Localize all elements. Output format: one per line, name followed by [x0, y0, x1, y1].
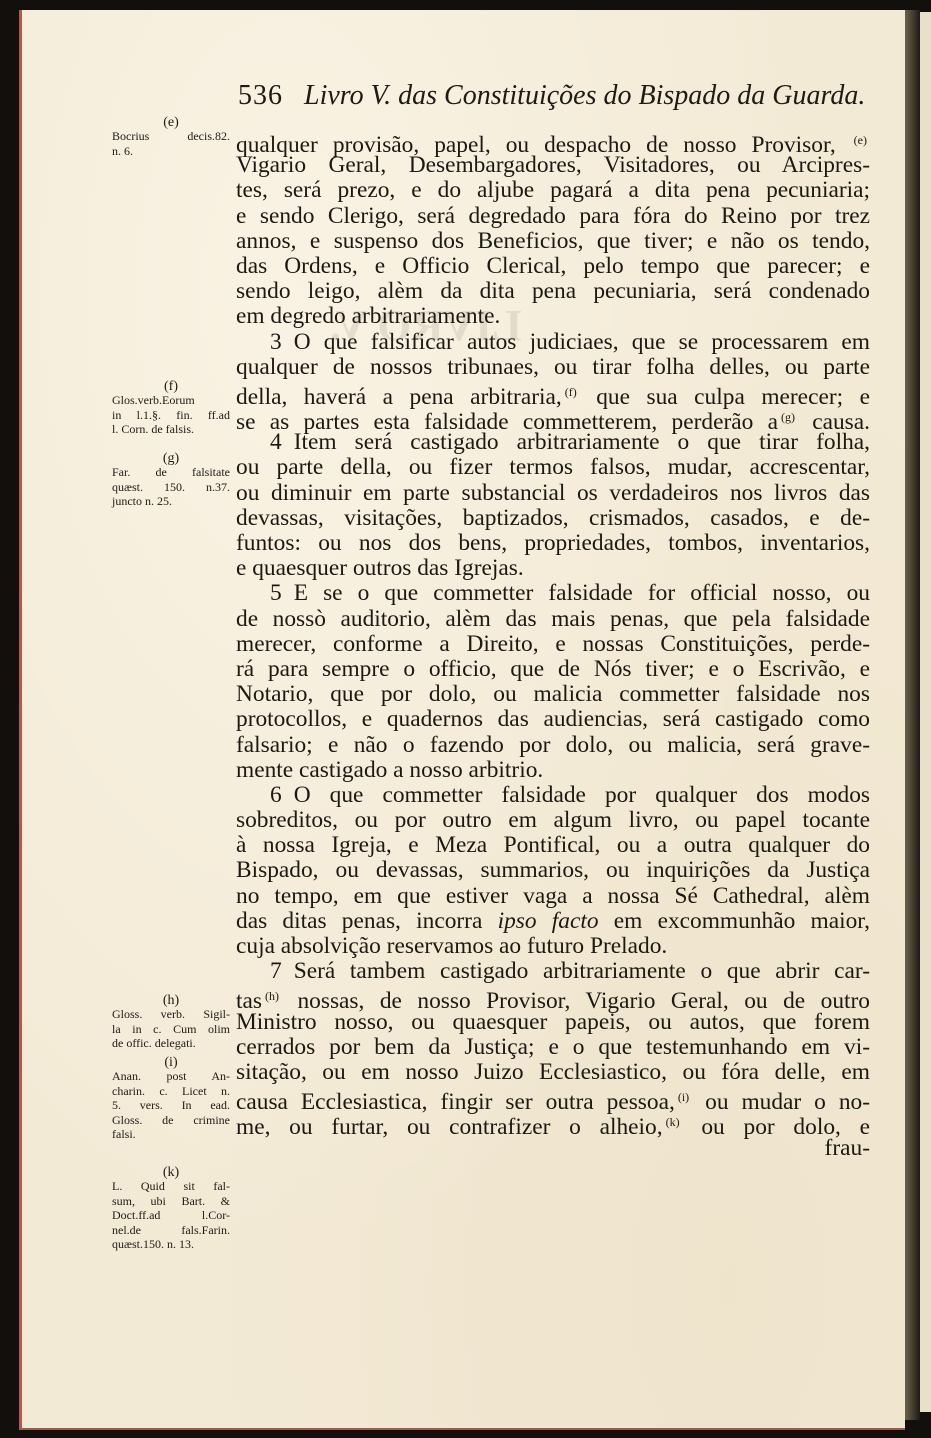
margin-note-mark: (f)	[112, 380, 230, 393]
text-line: Bispado, ou devassas, summarios, ou inqu…	[236, 858, 870, 883]
line-text: qualquer de nossos tribunaes, ou tirar f…	[236, 354, 870, 380]
text-line: sendo leigo, alèm da dita pena pecuniari…	[236, 279, 870, 304]
margin-note-line: falsi.	[112, 1127, 230, 1142]
latin-phrase: ipso facto	[498, 908, 599, 934]
text-line: 3O que falsificar autos judiciaes, que s…	[236, 330, 870, 355]
line-text: cerrados por bem da Justiça; e o que tes…	[236, 1034, 870, 1060]
line-text: protocollos, e quadernos das audiencias,…	[236, 706, 870, 732]
paragraph-number: 7	[270, 958, 282, 984]
text-line: e quaesquer outros das Igrejas.	[236, 556, 870, 581]
text-line: protocollos, e quadernos das audiencias,…	[236, 707, 870, 732]
text-line: 4Item será castigado arbitrariamente o q…	[236, 430, 870, 455]
margin-note-mark: (e)	[112, 116, 230, 129]
margin-note-line: charin. c. Licet n.	[112, 1084, 230, 1099]
margin-note-mark: (h)	[112, 994, 230, 1007]
text-line: das ditas penas, incorra ipso facto em e…	[236, 909, 870, 934]
text-line: causa Ecclesiastica, fingir ser outra pe…	[236, 1085, 870, 1110]
facing-page-edge	[920, 12, 931, 1412]
text-line: em degredo arbitrariamente.	[236, 304, 870, 329]
text-line: rá para sempre o officio, que de Nós tiv…	[236, 657, 870, 682]
line-text: à nossa Igreja, e Meza Pontifical, ou a …	[236, 832, 870, 858]
text-line: sitação, ou em nosso Juizo Ecclesiastico…	[236, 1060, 870, 1085]
margin-note-line: quæst.150. n. 13.	[112, 1237, 230, 1252]
body-text: qualquer provisão, papel, ou despacho de…	[236, 128, 870, 1161]
line-text: Bispado, ou devassas, summarios, ou inqu…	[236, 857, 870, 883]
text-line: Vigario Geral, Desembargadores, Visitado…	[236, 153, 870, 178]
margin-note-line: de offic. delegati.	[112, 1036, 230, 1051]
line-text: me, ou furtar, ou contrafizer o alheio,	[236, 1114, 663, 1140]
text-line: falsario; e não o fazendo por dolo, ou m…	[236, 733, 870, 758]
line-text: das ditas penas, incorra	[236, 908, 498, 934]
line-text: tes, será prezo, e do aljube pagará a di…	[236, 177, 870, 203]
text-line: à nossa Igreja, e Meza Pontifical, ou a …	[236, 833, 870, 858]
text-line: funtos: ou nos dos bens, propriedades, t…	[236, 531, 870, 556]
text-line: se as partes esta falsidade commetterem,…	[236, 405, 870, 430]
footnote-reference: (f)	[565, 385, 577, 399]
margin-note-line: in l.1.§. fin. ff.ad	[112, 408, 230, 423]
margin-note-line: L. Quid sit fal-	[112, 1179, 230, 1194]
text-line: 6O que commetter falsidade por qualquer …	[236, 783, 870, 808]
page-title: Livro V. das Constituições do Bispado da…	[304, 80, 865, 111]
text-line: 5E se o que commetter falsidade for offi…	[236, 581, 870, 606]
text-line: tas(h) nossas, de nosso Provisor, Vigari…	[236, 984, 870, 1009]
line-text: mente castigado a nosso arbitrio.	[236, 757, 543, 783]
line-text-continued: em excommunhão maior,	[599, 908, 870, 934]
text-line: no tempo, em que estiver vaga a nossa Sé…	[236, 884, 870, 909]
line-text: annos, e suspenso dos Beneficios, que ti…	[236, 228, 870, 254]
margin-note-mark: (i)	[112, 1056, 230, 1069]
paragraph-number: 4	[270, 429, 282, 455]
text-line: della, haverá a pena arbitraria,(f) que …	[236, 380, 870, 405]
margin-note-line: Gloss. verb. Sigil-	[112, 1007, 230, 1022]
line-text: e sendo Clerigo, será degredado para fór…	[236, 203, 870, 229]
footnote-reference: (k)	[666, 1115, 680, 1129]
margin-note-line: Anan. post An-	[112, 1069, 230, 1084]
footnote-reference: (e)	[854, 133, 867, 147]
margin-note: (e)Bocrius decis.82.n. 6.	[112, 116, 230, 158]
margin-note-line: Doct.ff.ad l.Cor-	[112, 1208, 230, 1223]
text-line: annos, e suspenso dos Beneficios, que ti…	[236, 229, 870, 254]
text-line: das Ordens, e Officio Clerical, pelo tem…	[236, 254, 870, 279]
paragraph-number: 6	[270, 782, 282, 808]
line-text: O que falsificar autos judiciaes, que se…	[294, 329, 870, 355]
line-text: sobreditos, ou por outro em algum livro,…	[236, 807, 870, 833]
line-text: funtos: ou nos dos bens, propriedades, t…	[236, 530, 870, 556]
line-text: Item será castigado arbitrariamente o qu…	[294, 429, 870, 455]
paragraph-number: 5	[270, 580, 282, 606]
line-text: e quaesquer outros das Igrejas.	[236, 555, 524, 581]
margin-note: (h)Gloss. verb. Sigil-la in c. Cum olimd…	[112, 994, 230, 1051]
margin-note-line: la in c. Cum olim	[112, 1022, 230, 1037]
footnote-reference: (i)	[678, 1090, 689, 1104]
margin-note-line: Bocrius decis.82.	[112, 129, 230, 144]
line-text: cuja absolvição reservamos ao futuro Pre…	[236, 933, 667, 959]
text-line: Notario, que por dolo, ou malicia commet…	[236, 682, 870, 707]
margin-note-mark: (k)	[112, 1166, 230, 1179]
text-line: cuja absolvição reservamos ao futuro Pre…	[236, 934, 870, 959]
line-text: merecer, conforme a Direito, e nossas Co…	[236, 631, 870, 657]
text-line: ou parte della, ou fizer termos falsos, …	[236, 455, 870, 480]
line-text: Será tambem castigado arbitrariamente o …	[294, 958, 870, 984]
line-text: sendo leigo, alèm da dita pena pecuniari…	[236, 278, 870, 304]
text-line: sobreditos, ou por outro em algum livro,…	[236, 808, 870, 833]
text-line: de nossò auditorio, alèm das mais penas,…	[236, 607, 870, 632]
line-text: ou parte della, ou fizer termos falsos, …	[236, 454, 870, 480]
page-number: 536	[238, 80, 283, 111]
margin-note-line: nel.de fals.Farin.	[112, 1223, 230, 1238]
line-text: Vigario Geral, Desembargadores, Visitado…	[236, 152, 870, 178]
line-text: no tempo, em que estiver vaga a nossa Sé…	[236, 883, 870, 909]
text-line: merecer, conforme a Direito, e nossas Co…	[236, 632, 870, 657]
text-line: devassas, visitações, baptizados, crisma…	[236, 506, 870, 531]
margin-note-line: juncto n. 25.	[112, 494, 230, 509]
line-text: de nossò auditorio, alèm das mais penas,…	[236, 606, 870, 632]
text-line: mente castigado a nosso arbitrio.	[236, 758, 870, 783]
line-text: sitação, ou em nosso Juizo Ecclesiastico…	[236, 1059, 870, 1085]
line-text: Notario, que por dolo, ou malicia commet…	[236, 681, 870, 707]
margin-note: (f)Glos.verb.Eorumin l.1.§. fin. ff.adl.…	[112, 380, 230, 437]
text-line: e sendo Clerigo, será degredado para fór…	[236, 204, 870, 229]
book-gutter	[905, 10, 920, 1420]
line-text: O que commetter falsidade por qualquer d…	[294, 782, 870, 808]
line-text: das Ordens, e Officio Clerical, pelo tem…	[236, 253, 870, 279]
line-text: devassas, visitações, baptizados, crisma…	[236, 505, 870, 531]
margin-note-line: sum, ubi Bart. &	[112, 1194, 230, 1209]
margin-note: (k)L. Quid sit fal-sum, ubi Bart. &Doct.…	[112, 1166, 230, 1252]
paragraph-number: 3	[270, 329, 282, 355]
margin-note-line: Far. de falsitate	[112, 465, 230, 480]
line-text: em degredo arbitrariamente.	[236, 303, 500, 329]
footnote-reference: (g)	[781, 410, 795, 424]
text-line: 7Será tambem castigado arbitrariamente o…	[236, 959, 870, 984]
footnote-reference: (h)	[265, 989, 279, 1003]
text-line: me, ou furtar, ou contrafizer o alheio,(…	[236, 1110, 870, 1135]
line-text: falsario; e não o fazendo por dolo, ou m…	[236, 732, 870, 758]
margin-note-line: 5. vers. In ead.	[112, 1098, 230, 1113]
margin-note-line: Glos.verb.Eorum	[112, 393, 230, 408]
text-line: ou diminuir em parte substancial os verd…	[236, 481, 870, 506]
line-text: ou diminuir em parte substancial os verd…	[236, 480, 870, 506]
text-line: tes, será prezo, e do aljube pagará a di…	[236, 178, 870, 203]
margin-note: (i)Anan. post An-charin. c. Licet n.5. v…	[112, 1056, 230, 1142]
running-head: 536 Livro V. das Constituições do Bispad…	[238, 80, 838, 112]
text-line: qualquer de nossos tribunaes, ou tirar f…	[236, 355, 870, 380]
text-line: qualquer provisão, papel, ou despacho de…	[236, 128, 870, 153]
text-line: Ministro nosso, ou quaesquer papeis, ou …	[236, 1010, 870, 1035]
margin-note-line: n. 6.	[112, 144, 230, 159]
line-text: E se o que commetter falsidade for offic…	[294, 580, 870, 606]
margin-note-mark: (g)	[112, 452, 230, 465]
line-text: rá para sempre o officio, que de Nós tiv…	[236, 656, 870, 682]
margin-note: (g)Far. de falsitatequæst. 150. n.37.jun…	[112, 452, 230, 509]
line-text: Ministro nosso, ou quaesquer papeis, ou …	[236, 1009, 870, 1035]
text-line: cerrados por bem da Justiça; e o que tes…	[236, 1035, 870, 1060]
margin-note-line: quæst. 150. n.37.	[112, 480, 230, 495]
margin-note-line: l. Corn. de falsis.	[112, 422, 230, 437]
margin-note-line: Gloss. de crimine	[112, 1113, 230, 1128]
